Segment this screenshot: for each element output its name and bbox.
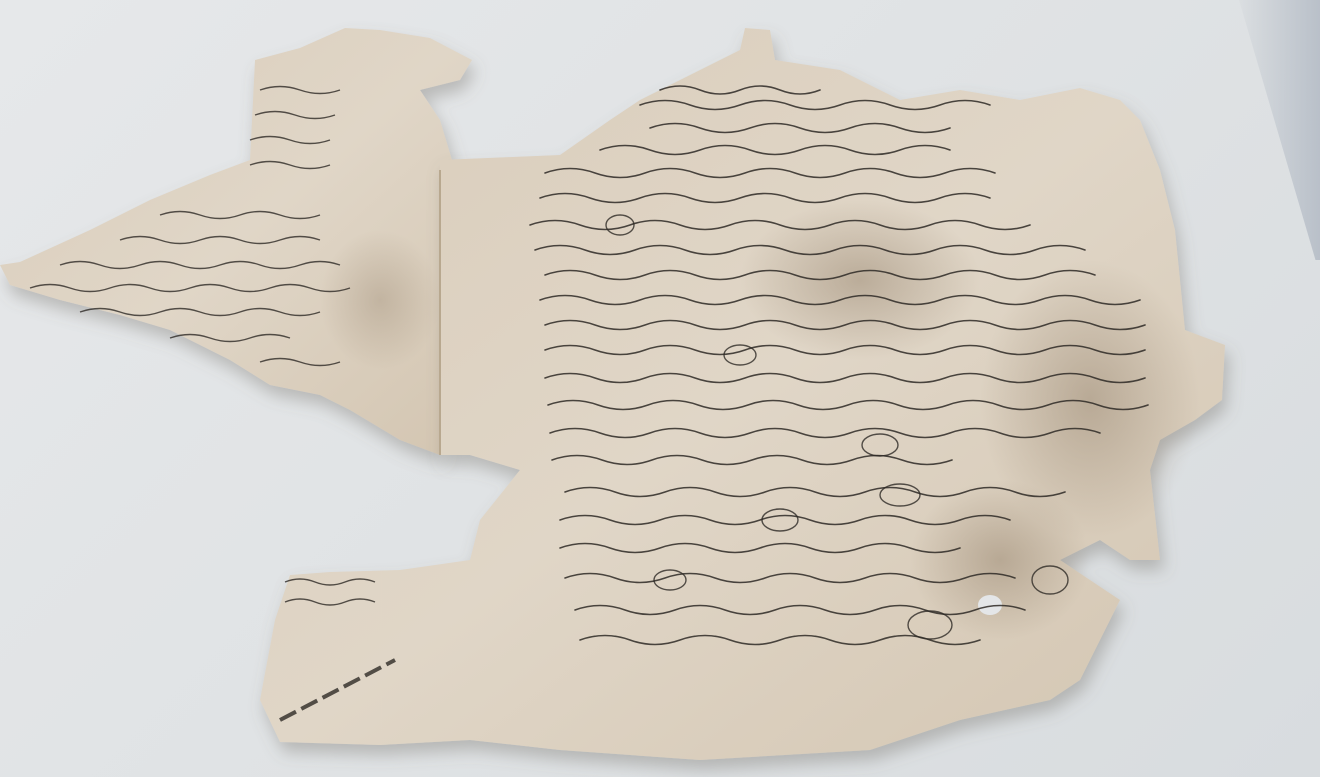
manuscript-photo bbox=[0, 0, 1320, 777]
